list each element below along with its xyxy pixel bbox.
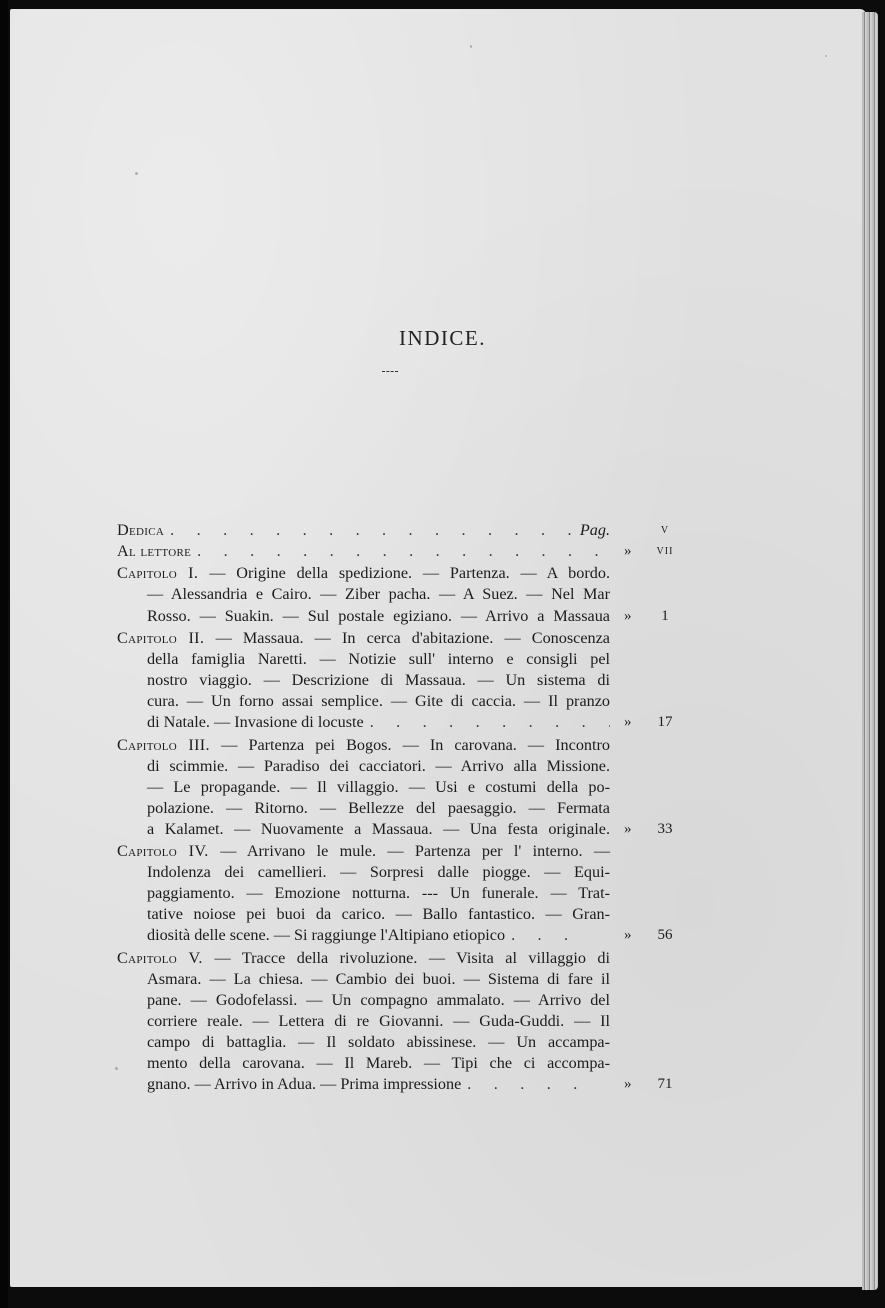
toc-line: — Arrivano le mule. — Partenza per l' in… bbox=[220, 842, 610, 860]
toc-line: diosità delle scene. — Si raggiunge l'Al… bbox=[147, 924, 505, 946]
toc-entry-dedica[interactable]: Dedica . . . . . . . . . . . . . . . . .… bbox=[117, 519, 610, 541]
toc-heading: Al lettore bbox=[117, 540, 191, 562]
ditto-mark: » bbox=[624, 1073, 632, 1095]
page-title: INDICE. bbox=[0, 326, 885, 351]
toc-entry-capitolo-1[interactable]: Capitolo I. — Origine della spedizione. … bbox=[117, 562, 610, 584]
ditto-mark: » bbox=[624, 924, 632, 946]
page-label: Pag. bbox=[580, 519, 610, 541]
page-number: 71 bbox=[652, 1073, 678, 1095]
toc-line: Asmara. — La chiesa. — Cambio dei buoi. … bbox=[147, 968, 610, 990]
toc-line: — Le propagande. — Il villaggio. — Usi e… bbox=[147, 776, 610, 798]
toc-line: della famiglia Naretti. — Notizie sull' … bbox=[147, 648, 610, 670]
page-number: 33 bbox=[652, 818, 678, 840]
toc-entry-al-lettore[interactable]: Al lettore . . . . . . . . . . . . . . .… bbox=[117, 540, 607, 562]
toc-heading: Capitolo I. bbox=[117, 564, 209, 582]
book-spine-shadow bbox=[0, 0, 8, 1308]
toc-line: — Partenza pei Bogos. — In carovana. — I… bbox=[221, 736, 610, 754]
toc-entry-capitolo-3[interactable]: Capitolo III. — Partenza pei Bogos. — In… bbox=[117, 734, 610, 756]
toc-line: di scimmie. — Paradiso dei cacciatori. —… bbox=[147, 755, 610, 777]
toc-entry-capitolo-4[interactable]: Capitolo IV. — Arrivano le mule. — Parte… bbox=[117, 840, 610, 862]
toc-heading: Capitolo II. bbox=[117, 629, 216, 647]
paper-speck bbox=[135, 172, 138, 175]
toc-line: — Origine della spedizione. — Partenza. … bbox=[209, 564, 610, 582]
toc-line: pane. — Godofelassi. — Un compagno ammal… bbox=[147, 989, 610, 1011]
toc-line: Rosso. — Suakin. — Sul postale egiziano.… bbox=[147, 605, 610, 627]
page-number: vii bbox=[652, 540, 678, 562]
title-rule bbox=[382, 371, 398, 373]
toc-heading: Capitolo V. bbox=[117, 949, 215, 967]
dot-leader: . . . . . . . . . . . . bbox=[370, 711, 610, 733]
ditto-mark: » bbox=[624, 711, 632, 733]
page-number: 56 bbox=[652, 924, 678, 946]
toc-line: corriere reale. — Lettera di re Giovanni… bbox=[147, 1010, 610, 1032]
toc-line: campo di battaglia. — Il soldato abissin… bbox=[147, 1031, 610, 1053]
toc-line: a Kalamet. — Nuovamente a Massaua. — Una… bbox=[147, 818, 610, 840]
toc-heading: Capitolo III. bbox=[117, 736, 221, 754]
toc-line: — Alessandria e Cairo. — Ziber pacha. — … bbox=[147, 583, 610, 605]
paper-speck bbox=[825, 55, 827, 57]
toc-line: cura. — Un forno assai semplice. — Gite … bbox=[147, 690, 610, 712]
toc-line: di Natale. — Invasione di locuste bbox=[147, 711, 364, 733]
toc-last-line: di Natale. — Invasione di locuste . . . … bbox=[147, 711, 610, 733]
toc-last-line: diosità delle scene. — Si raggiunge l'Al… bbox=[147, 924, 610, 946]
toc-line: — Tracce della rivoluzione. — Visita al … bbox=[215, 949, 611, 967]
dot-leader: . . . . . bbox=[467, 1073, 610, 1095]
toc-line: tative noiose pei buoi da carico. — Ball… bbox=[147, 903, 610, 925]
toc-line: paggiamento. — Emozione notturna. --- Un… bbox=[147, 882, 610, 904]
toc-entry-capitolo-5[interactable]: Capitolo V. — Tracce della rivoluzione. … bbox=[117, 947, 610, 969]
toc-line: Indolenza dei camellieri. — Sorpresi dal… bbox=[147, 861, 610, 883]
toc-line: — Massaua. — In cerca d'abitazione. — Co… bbox=[216, 629, 610, 647]
toc-heading: Dedica bbox=[117, 519, 164, 541]
toc-last-line: gnano. — Arrivo in Adua. — Prima impress… bbox=[147, 1073, 610, 1095]
toc-line: polazione. — Ritorno. — Bellezze del pae… bbox=[147, 797, 610, 819]
ditto-mark: » bbox=[624, 818, 632, 840]
dot-leader: . . . . . . . . . . . . . . . . . . . . … bbox=[170, 519, 580, 541]
page-number: 1 bbox=[652, 605, 678, 627]
toc-line: mento della carovana. — Il Mareb. — Tipi… bbox=[147, 1052, 610, 1074]
page-number: 17 bbox=[652, 711, 678, 733]
ditto-mark: » bbox=[624, 605, 632, 627]
toc-line: gnano. — Arrivo in Adua. — Prima impress… bbox=[147, 1073, 461, 1095]
toc-heading: Capitolo IV. bbox=[117, 842, 220, 860]
dot-leader: . . . bbox=[511, 924, 610, 946]
dot-leader: . . . . . . . . . . . . . . . . . . . . … bbox=[197, 540, 607, 562]
toc-entry-capitolo-2[interactable]: Capitolo II. — Massaua. — In cerca d'abi… bbox=[117, 627, 610, 649]
ditto-mark: » bbox=[624, 540, 632, 562]
paper-speck bbox=[115, 1067, 118, 1070]
toc-line: nostro viaggio. — Descrizione di Massaua… bbox=[147, 669, 610, 691]
page-number: v bbox=[652, 519, 678, 541]
paper-speck bbox=[470, 45, 472, 48]
page-edges bbox=[862, 12, 878, 1290]
